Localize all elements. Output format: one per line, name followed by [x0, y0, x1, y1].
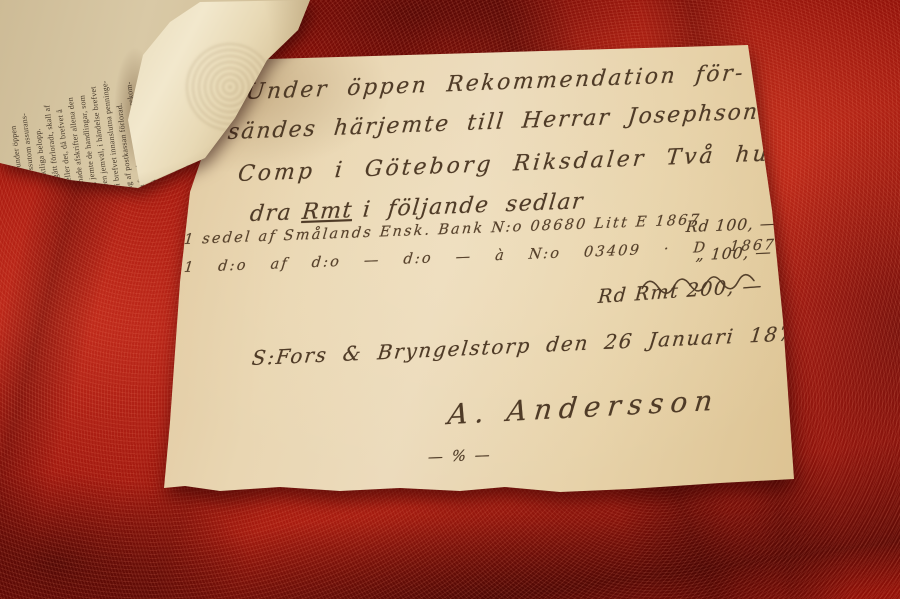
banknote-amount-2: „ 100, —	[695, 243, 773, 264]
printed-page-paper: der för-t skall alltid under öppenerlägg…	[0, 0, 320, 215]
banknote-amount-1: Rd 100, —	[685, 214, 777, 236]
total-amount: Rd Rmt 200, —	[597, 274, 764, 308]
photo-scene: Under öppen Rekommendation för- sändes h…	[0, 0, 900, 599]
printed-page: der för-t skall alltid under öppenerlägg…	[0, 0, 320, 215]
dateline: S:Fors & Bryngelstorp den 26 Januari 187…	[251, 321, 810, 370]
embossed-seal	[185, 42, 275, 132]
postscript-mark: — % —	[427, 446, 493, 467]
letter-line-3: Comp i Göteborg Riksdaler Två hun-	[237, 140, 799, 187]
signature: A. Andersson	[446, 384, 721, 431]
